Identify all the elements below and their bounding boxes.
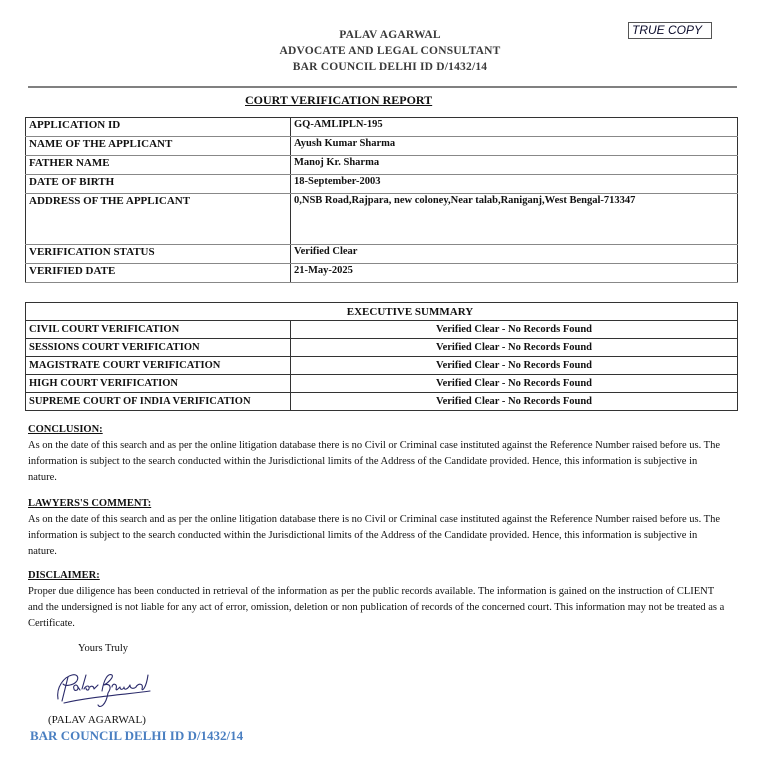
signatory-name: (PALAV AGARWAL) [48,714,146,726]
report-title: COURT VERIFICATION REPORT [245,93,432,108]
table-row: SESSIONS COURT VERIFICATION Verified Cle… [26,339,738,357]
lawyers-comment-heading: LAWYERS'S COMMENT: [28,496,728,512]
table-header-row: EXECUTIVE SUMMARY [26,303,738,321]
detail-label: DATE OF BIRTH [26,175,291,194]
table-row: APPLICATION ID GQ-AMLIPLN-195 [26,118,738,137]
table-row: VERIFIED DATE 21-May-2025 [26,264,738,283]
true-copy-stamp: TRUE COPY [628,22,712,39]
lawyers-comment-section: LAWYERS'S COMMENT: As on the date of thi… [28,496,728,560]
detail-value: GQ-AMLIPLN-195 [291,118,738,137]
disclaimer-text: Proper due diligence has been conducted … [28,584,728,632]
table-row: VERIFICATION STATUS Verified Clear [26,245,738,264]
court-label: CIVIL COURT VERIFICATION [26,321,291,339]
conclusion-heading: CONCLUSION: [28,422,728,438]
applicant-details-table: APPLICATION ID GQ-AMLIPLN-195 NAME OF TH… [25,117,738,283]
sign-off: Yours Truly [78,643,128,654]
header-divider [28,86,737,88]
table-row: MAGISTRATE COURT VERIFICATION Verified C… [26,357,738,375]
court-status: Verified Clear - No Records Found [291,375,738,393]
conclusion-section: CONCLUSION: As on the date of this searc… [28,422,728,486]
court-label: SUPREME COURT OF INDIA VERIFICATION [26,393,291,411]
table-row: DATE OF BIRTH 18-September-2003 [26,175,738,194]
conclusion-text: As on the date of this search and as per… [28,438,728,486]
disclaimer-heading: DISCLAIMER: [28,568,728,584]
detail-value: 21-May-2025 [291,264,738,283]
table-row: HIGH COURT VERIFICATION Verified Clear -… [26,375,738,393]
detail-value: Verified Clear [291,245,738,264]
handwritten-signature-icon [50,665,160,711]
detail-value: Manoj Kr. Sharma [291,156,738,175]
detail-label: VERIFICATION STATUS [26,245,291,264]
detail-value: 0,NSB Road,Rajpara, new coloney,Near tal… [291,194,738,245]
detail-label: VERIFIED DATE [26,264,291,283]
disclaimer-section: DISCLAIMER: Proper due diligence has bee… [28,568,728,632]
table-row: FATHER NAME Manoj Kr. Sharma [26,156,738,175]
detail-value: Ayush Kumar Sharma [291,137,738,156]
executive-summary-table: EXECUTIVE SUMMARY CIVIL COURT VERIFICATI… [25,302,738,411]
table-row: SUPREME COURT OF INDIA VERIFICATION Veri… [26,393,738,411]
court-label: MAGISTRATE COURT VERIFICATION [26,357,291,375]
table-row: CIVIL COURT VERIFICATION Verified Clear … [26,321,738,339]
advocate-bar-id: BAR COUNCIL DELHI ID D/1432/14 [240,59,540,75]
detail-label: FATHER NAME [26,156,291,175]
court-status: Verified Clear - No Records Found [291,357,738,375]
detail-value: 18-September-2003 [291,175,738,194]
lawyers-comment-text: As on the date of this search and as per… [28,512,728,560]
table-row: ADDRESS OF THE APPLICANT 0,NSB Road,Rajp… [26,194,738,245]
advocate-designation: ADVOCATE AND LEGAL CONSULTANT [240,43,540,59]
summary-header: EXECUTIVE SUMMARY [26,303,738,321]
detail-label: APPLICATION ID [26,118,291,137]
detail-label: NAME OF THE APPLICANT [26,137,291,156]
letterhead: PALAV AGARWAL ADVOCATE AND LEGAL CONSULT… [240,27,540,75]
court-status: Verified Clear - No Records Found [291,321,738,339]
court-label: HIGH COURT VERIFICATION [26,375,291,393]
advocate-name: PALAV AGARWAL [240,27,540,43]
court-status: Verified Clear - No Records Found [291,393,738,411]
court-status: Verified Clear - No Records Found [291,339,738,357]
table-row: NAME OF THE APPLICANT Ayush Kumar Sharma [26,137,738,156]
detail-label: ADDRESS OF THE APPLICANT [26,194,291,245]
court-label: SESSIONS COURT VERIFICATION [26,339,291,357]
signatory-bar-id: BAR COUNCIL DELHI ID D/1432/14 [30,728,243,744]
